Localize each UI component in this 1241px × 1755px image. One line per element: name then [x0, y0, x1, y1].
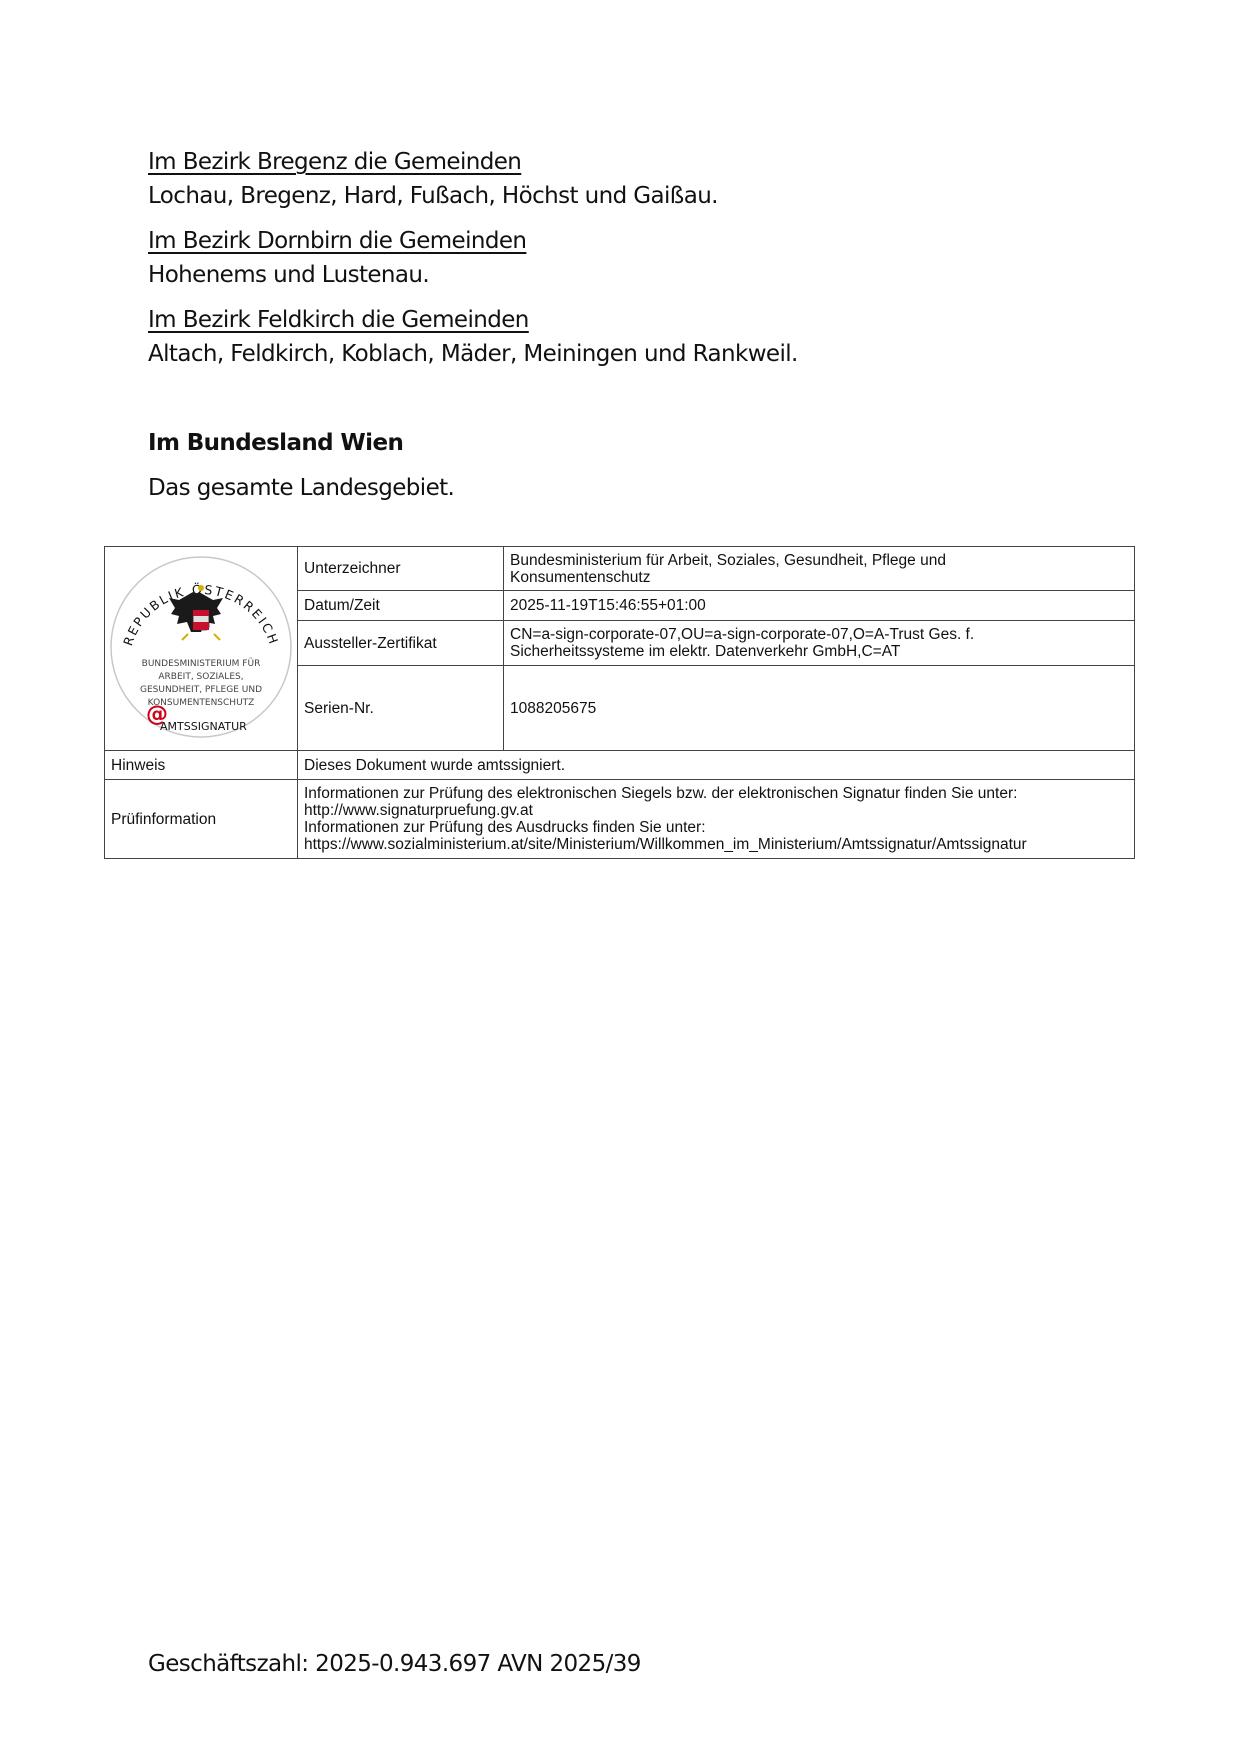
bundesland-text: Das gesamte Landesgebiet.	[148, 475, 454, 501]
value-line: Bundesministerium für Arbeit, Soziales, …	[510, 552, 1128, 569]
section-text-bregenz: Lochau, Bregenz, Hard, Fußach, Höchst un…	[148, 183, 718, 209]
table-row-pruefinformation: Prüfinformation Informationen zur Prüfun…	[105, 780, 1135, 859]
value-line: CN=a-sign-corporate-07,OU=a-sign-corpora…	[510, 626, 1128, 643]
svg-text:AMTSSIGNATUR: AMTSSIGNATUR	[160, 720, 247, 733]
section-text-dornbirn: Hohenems und Lustenau.	[148, 262, 429, 288]
section-text-feldkirch: Altach, Feldkirch, Koblach, Mäder, Meini…	[148, 341, 798, 367]
sozialministerium-link[interactable]: https://www.sozialministerium.at/site/Mi…	[304, 836, 1128, 853]
geschaeftszahl: Geschäftszahl: 2025-0.943.697 AVN 2025/3…	[148, 1651, 641, 1677]
label-serien: Serien-Nr.	[298, 666, 504, 751]
seal-cell: REPUBLIK ÖSTERREICH BUNDESMINISTERIUM FÜ…	[105, 547, 298, 751]
label-unterzeichner: Unterzeichner	[298, 547, 504, 591]
svg-text:BUNDESMINISTERIUM FÜR: BUNDESMINISTERIUM FÜR	[142, 658, 261, 669]
section-heading-feldkirch: Im Bezirk Feldkirch die Gemeinden	[148, 307, 529, 333]
table-row-unterzeichner: REPUBLIK ÖSTERREICH BUNDESMINISTERIUM FÜ…	[105, 547, 1135, 591]
value-hinweis: Dieses Dokument wurde amtssigniert.	[298, 751, 1135, 780]
value-line: Konsumentenschutz	[510, 569, 1128, 586]
label-hinweis: Hinweis	[105, 751, 298, 780]
signature-table: REPUBLIK ÖSTERREICH BUNDESMINISTERIUM FÜ…	[104, 546, 1135, 859]
section-heading-dornbirn: Im Bezirk Dornbirn die Gemeinden	[148, 228, 526, 254]
value-datum: 2025-11-19T15:46:55+01:00	[504, 591, 1135, 621]
label-datum: Datum/Zeit	[298, 591, 504, 621]
value-pruefinformation: Informationen zur Prüfung des elektronis…	[298, 780, 1135, 859]
value-aussteller: CN=a-sign-corporate-07,OU=a-sign-corpora…	[504, 621, 1135, 666]
table-row-hinweis: Hinweis Dieses Dokument wurde amtssignie…	[105, 751, 1135, 780]
label-pruefinformation: Prüfinformation	[105, 780, 298, 859]
amtssignatur-seal-icon: REPUBLIK ÖSTERREICH BUNDESMINISTERIUM FÜ…	[108, 554, 294, 740]
value-line: Sicherheitssysteme im elektr. Datenverke…	[510, 643, 1128, 660]
value-unterzeichner: Bundesministerium für Arbeit, Soziales, …	[504, 547, 1135, 591]
svg-text:ARBEIT, SOZIALES,: ARBEIT, SOZIALES,	[158, 672, 243, 682]
value-line: Informationen zur Prüfung des Ausdrucks …	[304, 819, 1128, 836]
bundesland-heading: Im Bundesland Wien	[148, 430, 403, 456]
value-line: Informationen zur Prüfung des elektronis…	[304, 785, 1128, 802]
label-aussteller: Aussteller-Zertifikat	[298, 621, 504, 666]
signaturpruefung-link[interactable]: http://www.signaturpruefung.gv.at	[304, 802, 1128, 819]
section-heading-bregenz: Im Bezirk Bregenz die Gemeinden	[148, 149, 521, 175]
value-serien: 1088205675	[504, 666, 1135, 751]
svg-text:GESUNDHEIT, PFLEGE UND: GESUNDHEIT, PFLEGE UND	[140, 685, 262, 695]
